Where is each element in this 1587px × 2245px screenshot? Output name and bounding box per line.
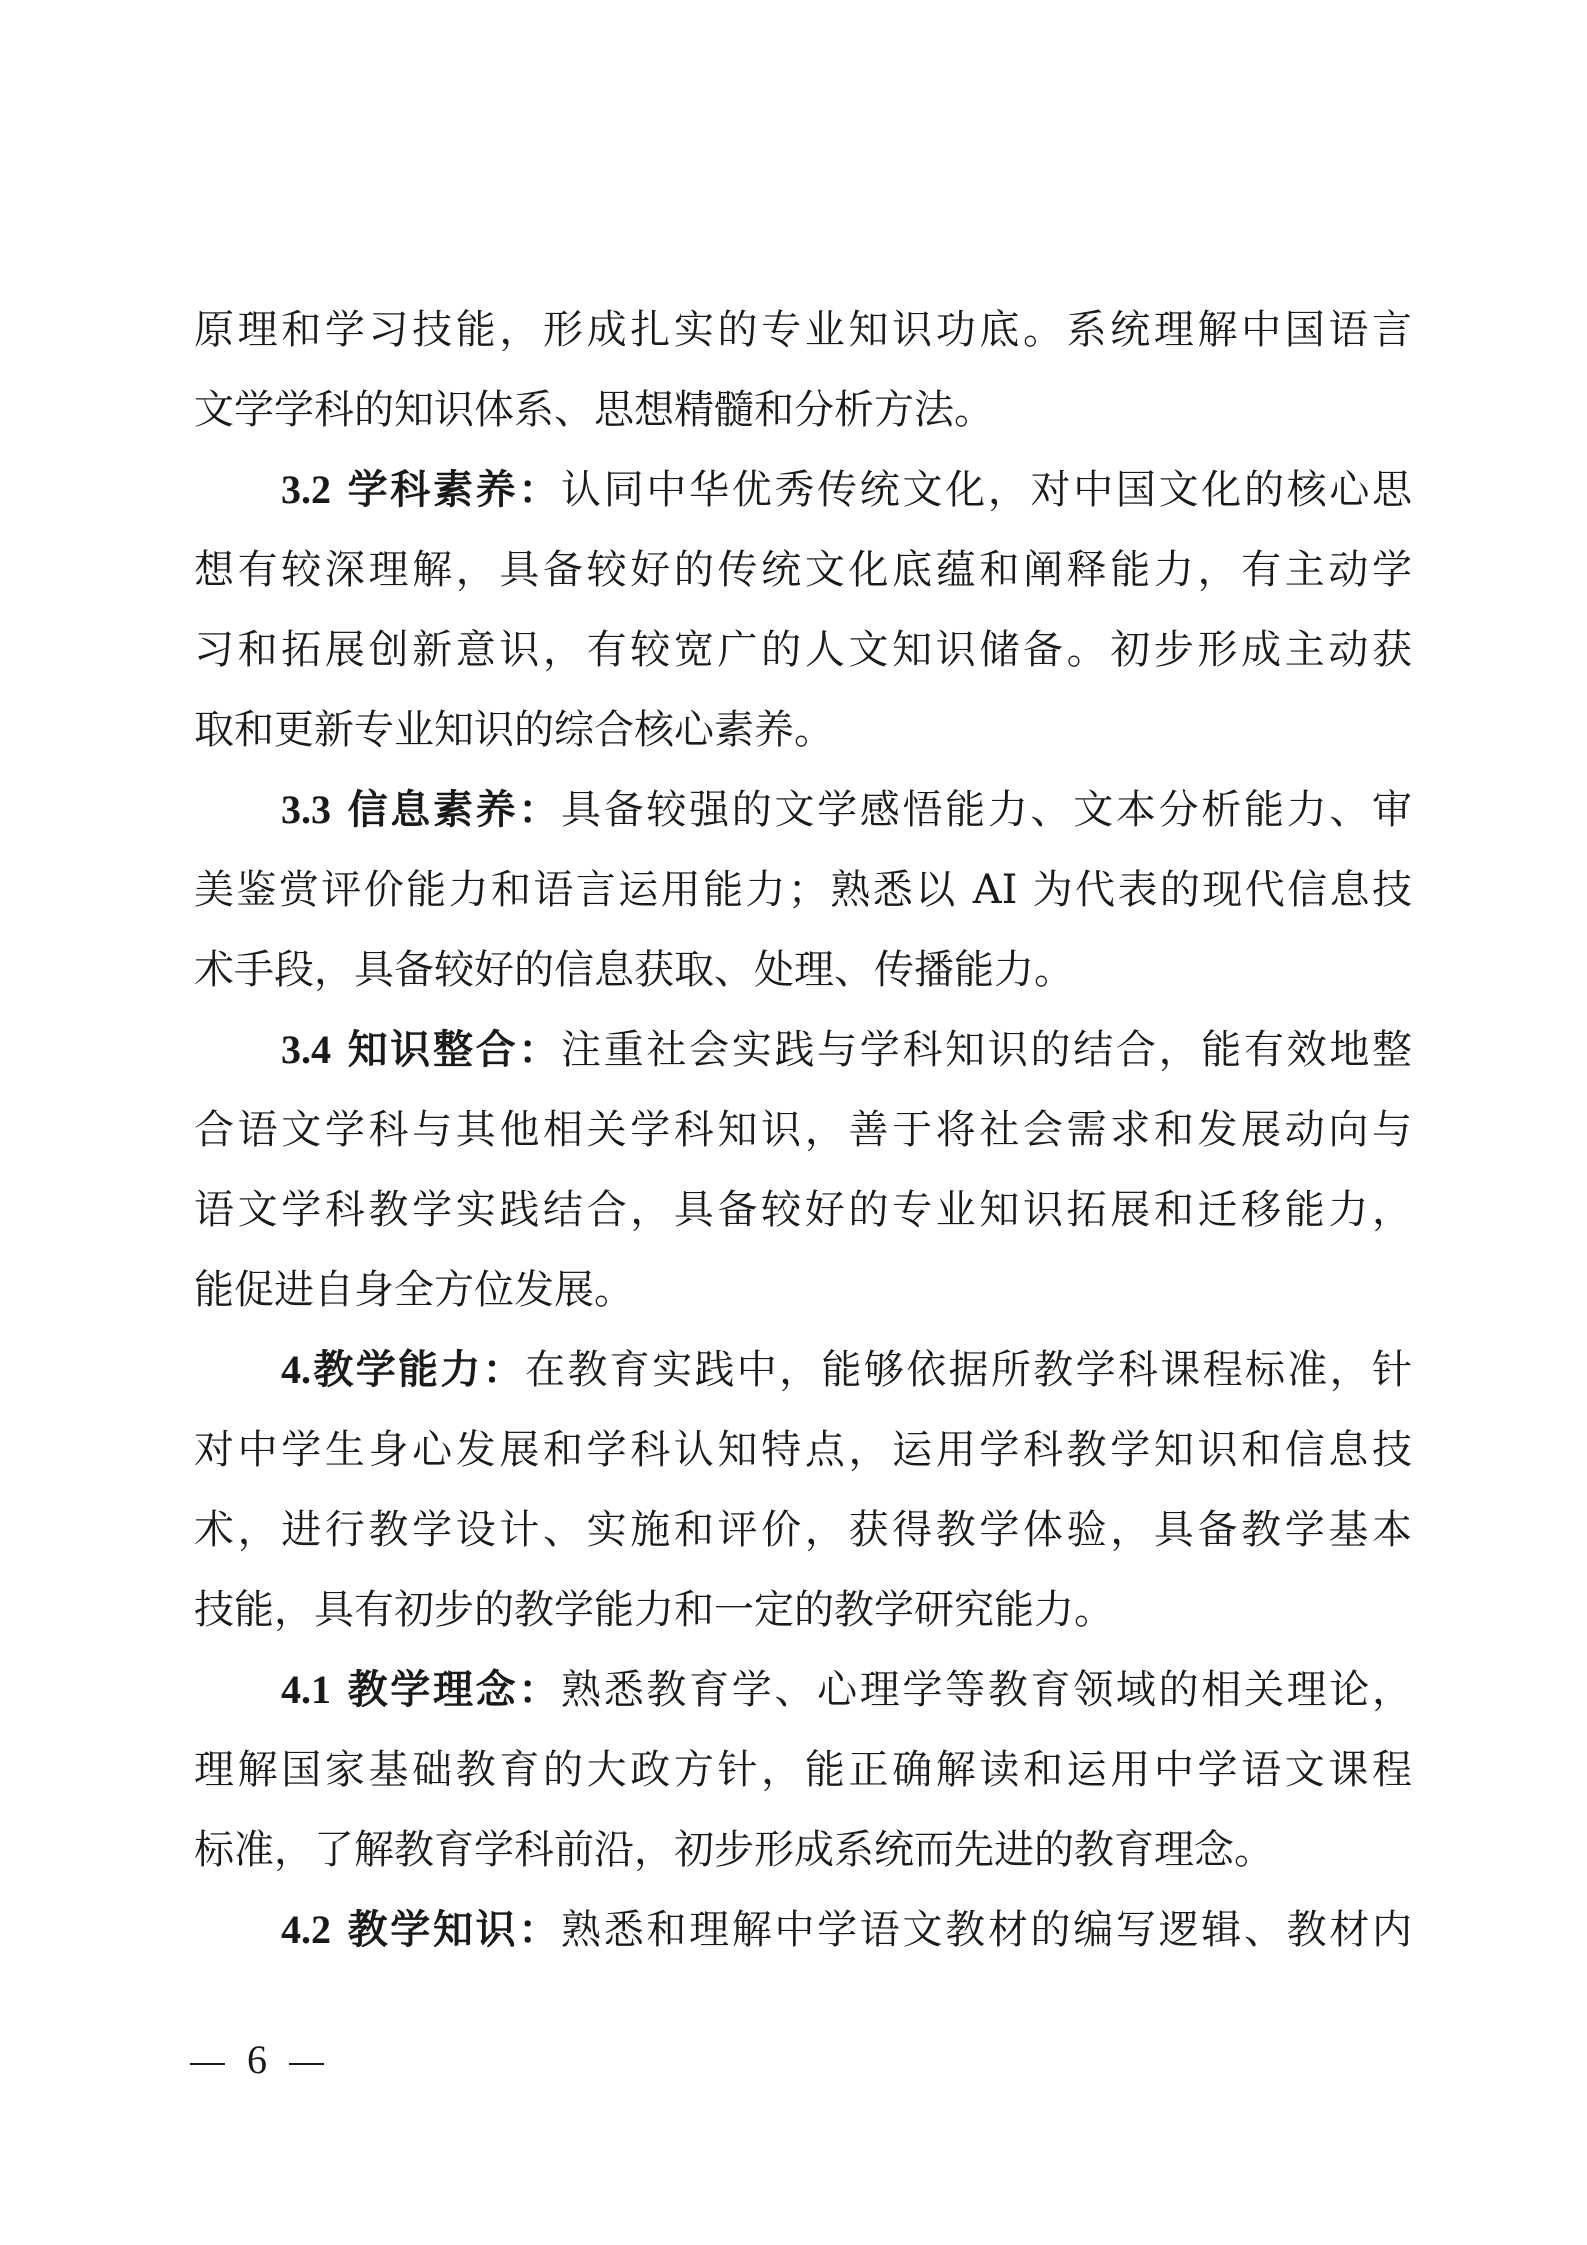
- line-text: 能促进自身全方位发展。: [194, 1267, 634, 1313]
- line-text: 注重社会实践与学科知识的结合，能有效地整: [561, 1027, 1412, 1073]
- section-heading-line: 4.教学能力：在教育实践中，能够依据所教学科课程标准，针: [281, 1340, 1412, 1400]
- section-number: 3.3: [281, 787, 331, 832]
- line-text: 熟悉教育学、心理学等教育领域的相关理论，: [561, 1667, 1412, 1713]
- paragraph-line: 文学学科的知识体系、思想精髓和分析方法。: [194, 380, 1412, 440]
- paragraph-line: 想有较深理解，具备较好的传统文化底蕴和阐释能力，有主动学: [194, 540, 1412, 600]
- section-heading: 教学知识：: [331, 1906, 561, 1953]
- section-number: 4.: [281, 1347, 311, 1392]
- line-text: 文学学科的知识体系、思想精髓和分析方法。: [194, 387, 994, 433]
- page-number: 6: [247, 2038, 267, 2082]
- section-heading-line: 4.2 教学知识：熟悉和理解中学语文教材的编写逻辑、教材内: [281, 1900, 1412, 1960]
- section-heading-line: 4.1 教学理念：熟悉教育学、心理学等教育领域的相关理论，: [281, 1660, 1412, 1720]
- em-dash-left: [190, 2063, 225, 2065]
- paragraph-line: 习和拓展创新意识，有较宽广的人文知识储备。初步形成主动获: [194, 620, 1412, 680]
- paragraph-line: 技能，具有初步的教学能力和一定的教学研究能力。: [194, 1580, 1412, 1640]
- line-text: 取和更新专业知识的综合核心素养。: [194, 707, 834, 753]
- paragraph-line: 合语文学科与其他相关学科知识，善于将社会需求和发展动向与: [194, 1100, 1412, 1160]
- section-heading-line: 3.3 信息素养：具备较强的文学感悟能力、文本分析能力、审: [281, 780, 1412, 840]
- line-text: 技能，具有初步的教学能力和一定的教学研究能力。: [194, 1587, 1114, 1633]
- page-number-footer: 6: [190, 2038, 324, 2082]
- section-number: 3.4: [281, 1027, 331, 1072]
- section-heading: 学科素养：: [331, 466, 561, 513]
- line-text: 标准，了解教育学科前沿，初步形成系统而先进的教育理念。: [194, 1827, 1274, 1873]
- line-text: 合语文学科与其他相关学科知识，善于将社会需求和发展动向与: [194, 1107, 1412, 1153]
- line-text: 具备较强的文学感悟能力、文本分析能力、审: [561, 787, 1412, 833]
- paragraph-line: 原理和学习技能，形成扎实的专业知识功底。系统理解中国语言: [194, 300, 1412, 360]
- section-heading: 教学能力：: [311, 1346, 525, 1393]
- line-text: 理解国家基础教育的大政方针，能正确解读和运用中学语文课程: [194, 1747, 1412, 1793]
- document-page: 原理和学习技能，形成扎实的专业知识功底。系统理解中国语言 文学学科的知识体系、思…: [0, 0, 1587, 2245]
- paragraph-line: 对中学生身心发展和学科认知特点，运用学科教学知识和信息技: [194, 1420, 1412, 1480]
- paragraph-line: 术手段，具备较好的信息获取、处理、传播能力。: [194, 940, 1412, 1000]
- paragraph-line: 取和更新专业知识的综合核心素养。: [194, 700, 1412, 760]
- em-dash-right: [289, 2063, 324, 2065]
- paragraph-line: 语文学科教学实践结合，具备较好的专业知识拓展和迁移能力，: [194, 1180, 1412, 1240]
- line-text: 对中学生身心发展和学科认知特点，运用学科教学知识和信息技: [194, 1427, 1412, 1473]
- section-heading: 信息素养：: [331, 786, 561, 833]
- line-text: 认同中华优秀传统文化，对中国文化的核心思: [561, 467, 1412, 513]
- section-heading: 教学理念：: [331, 1666, 561, 1713]
- paragraph-line: 能促进自身全方位发展。: [194, 1260, 1412, 1320]
- line-text: 美鉴赏评价能力和语言运用能力；熟悉以 AI 为代表的现代信息技: [194, 867, 1412, 913]
- line-text: 习和拓展创新意识，有较宽广的人文知识储备。初步形成主动获: [194, 627, 1412, 673]
- section-number: 4.2: [281, 1907, 331, 1952]
- paragraph-line: 美鉴赏评价能力和语言运用能力；熟悉以 AI 为代表的现代信息技: [194, 860, 1412, 920]
- paragraph-line: 标准，了解教育学科前沿，初步形成系统而先进的教育理念。: [194, 1820, 1412, 1880]
- line-text: 熟悉和理解中学语文教材的编写逻辑、教材内: [561, 1907, 1412, 1953]
- line-text: 原理和学习技能，形成扎实的专业知识功底。系统理解中国语言: [194, 307, 1412, 353]
- section-heading-line: 3.2 学科素养：认同中华优秀传统文化，对中国文化的核心思: [281, 460, 1412, 520]
- line-text: 语文学科教学实践结合，具备较好的专业知识拓展和迁移能力，: [194, 1187, 1412, 1233]
- line-text: 术手段，具备较好的信息获取、处理、传播能力。: [194, 947, 1074, 993]
- line-text: 术，进行教学设计、实施和评价，获得教学体验，具备教学基本: [194, 1507, 1412, 1553]
- paragraph-line: 术，进行教学设计、实施和评价，获得教学体验，具备教学基本: [194, 1500, 1412, 1560]
- line-text: 在教育实践中，能够依据所教学科课程标准，针: [525, 1347, 1412, 1393]
- line-text: 想有较深理解，具备较好的传统文化底蕴和阐释能力，有主动学: [194, 547, 1412, 593]
- section-number: 3.2: [281, 467, 331, 512]
- section-heading-line: 3.4 知识整合：注重社会实践与学科知识的结合，能有效地整: [281, 1020, 1412, 1080]
- section-number: 4.1: [281, 1667, 331, 1712]
- section-heading: 知识整合：: [331, 1026, 561, 1073]
- paragraph-line: 理解国家基础教育的大政方针，能正确解读和运用中学语文课程: [194, 1740, 1412, 1800]
